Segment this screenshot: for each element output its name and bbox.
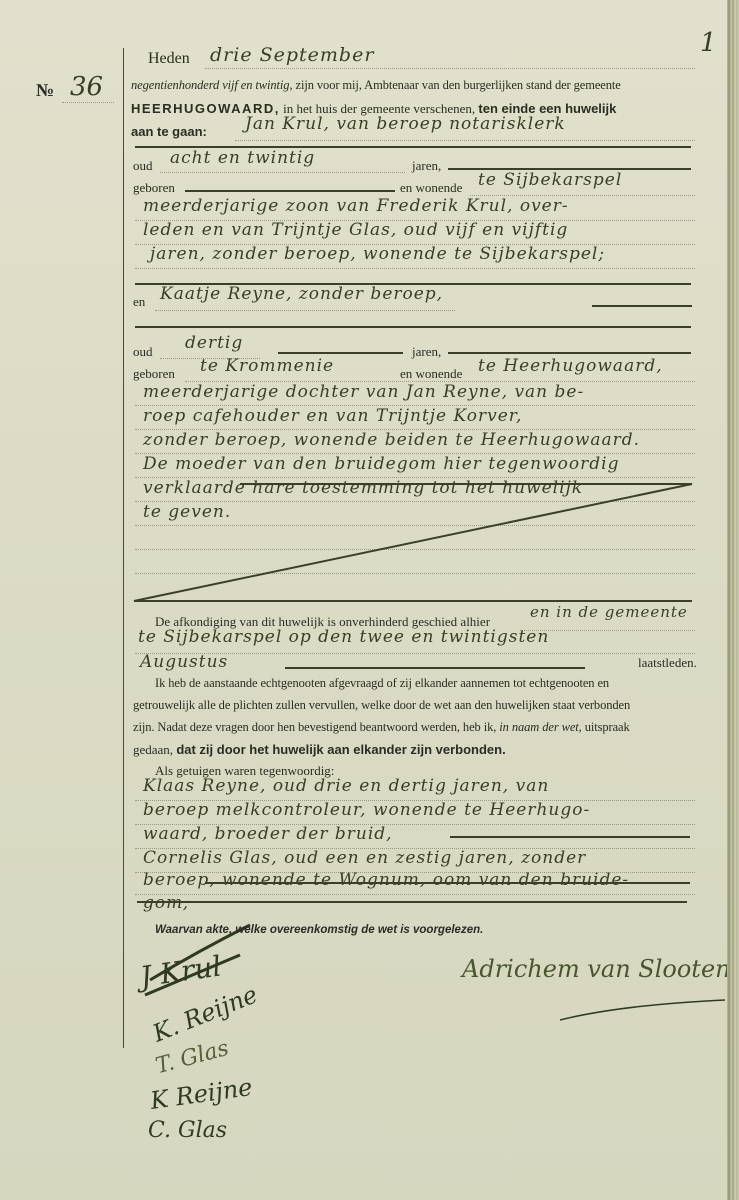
- in-naam-der-wet: in naam der wet,: [499, 720, 581, 734]
- announcement-hand-3: Augustus: [140, 652, 228, 672]
- signature-registrar: Adrichem van Slooten: [462, 955, 731, 983]
- laatstleden-label: laatstleden.: [638, 655, 697, 671]
- declaration-line-1: Ik heb de aanstaande echtgenooten afgevr…: [155, 676, 609, 691]
- declaration-line-4-start: gedaan,: [133, 742, 176, 757]
- closing-text: Waarvan akte, welke overeenkomstig de we…: [155, 924, 483, 936]
- rule-line: [450, 836, 690, 838]
- register-page: № 36 1 Heden drie September negentienhon…: [0, 0, 727, 1200]
- announcement-hand-2: te Sijbekarspel op den twee en twintigst…: [138, 627, 549, 647]
- declaration-line-3-start: zijn. Nadat deze vragen door hen bevesti…: [133, 720, 499, 734]
- signature-witness-2: C. Glas: [148, 1118, 227, 1143]
- rule-line: [285, 667, 585, 669]
- witness-line-1: Klaas Reyne, oud drie en dertig jaren, v…: [143, 776, 549, 796]
- book-page-edge: [727, 0, 739, 1200]
- declaration-line-4-bold: dat zij door het huwelijk aan elkander z…: [176, 742, 505, 757]
- declaration-line-3-end: uitspraak: [582, 720, 630, 734]
- witness-line-3: waard, broeder der bruid,: [143, 824, 393, 844]
- witness-line-4: Cornelis Glas, oud een en zestig jaren, …: [143, 848, 586, 868]
- witness-line-6: gom;: [143, 893, 190, 913]
- announcement-hand-1: en in de gemeente: [530, 603, 688, 621]
- declaration-line-4: gedaan, dat zij door het huwelijk aan el…: [133, 742, 506, 758]
- witness-line-5: beroep, wonende te Wognum, oom van den b…: [143, 870, 629, 890]
- rule-line: [205, 882, 690, 884]
- declaration-line-2: getrouwelijk alle de plichten zullen ver…: [133, 698, 630, 713]
- rule-line: [137, 901, 687, 903]
- declaration-line-3: zijn. Nadat deze vragen door hen bevesti…: [133, 720, 630, 735]
- dotted-line: [135, 894, 695, 895]
- witness-line-2: beroep melkcontroleur, wonende te Heerhu…: [143, 800, 590, 820]
- z-stroke-filler: [0, 0, 739, 1200]
